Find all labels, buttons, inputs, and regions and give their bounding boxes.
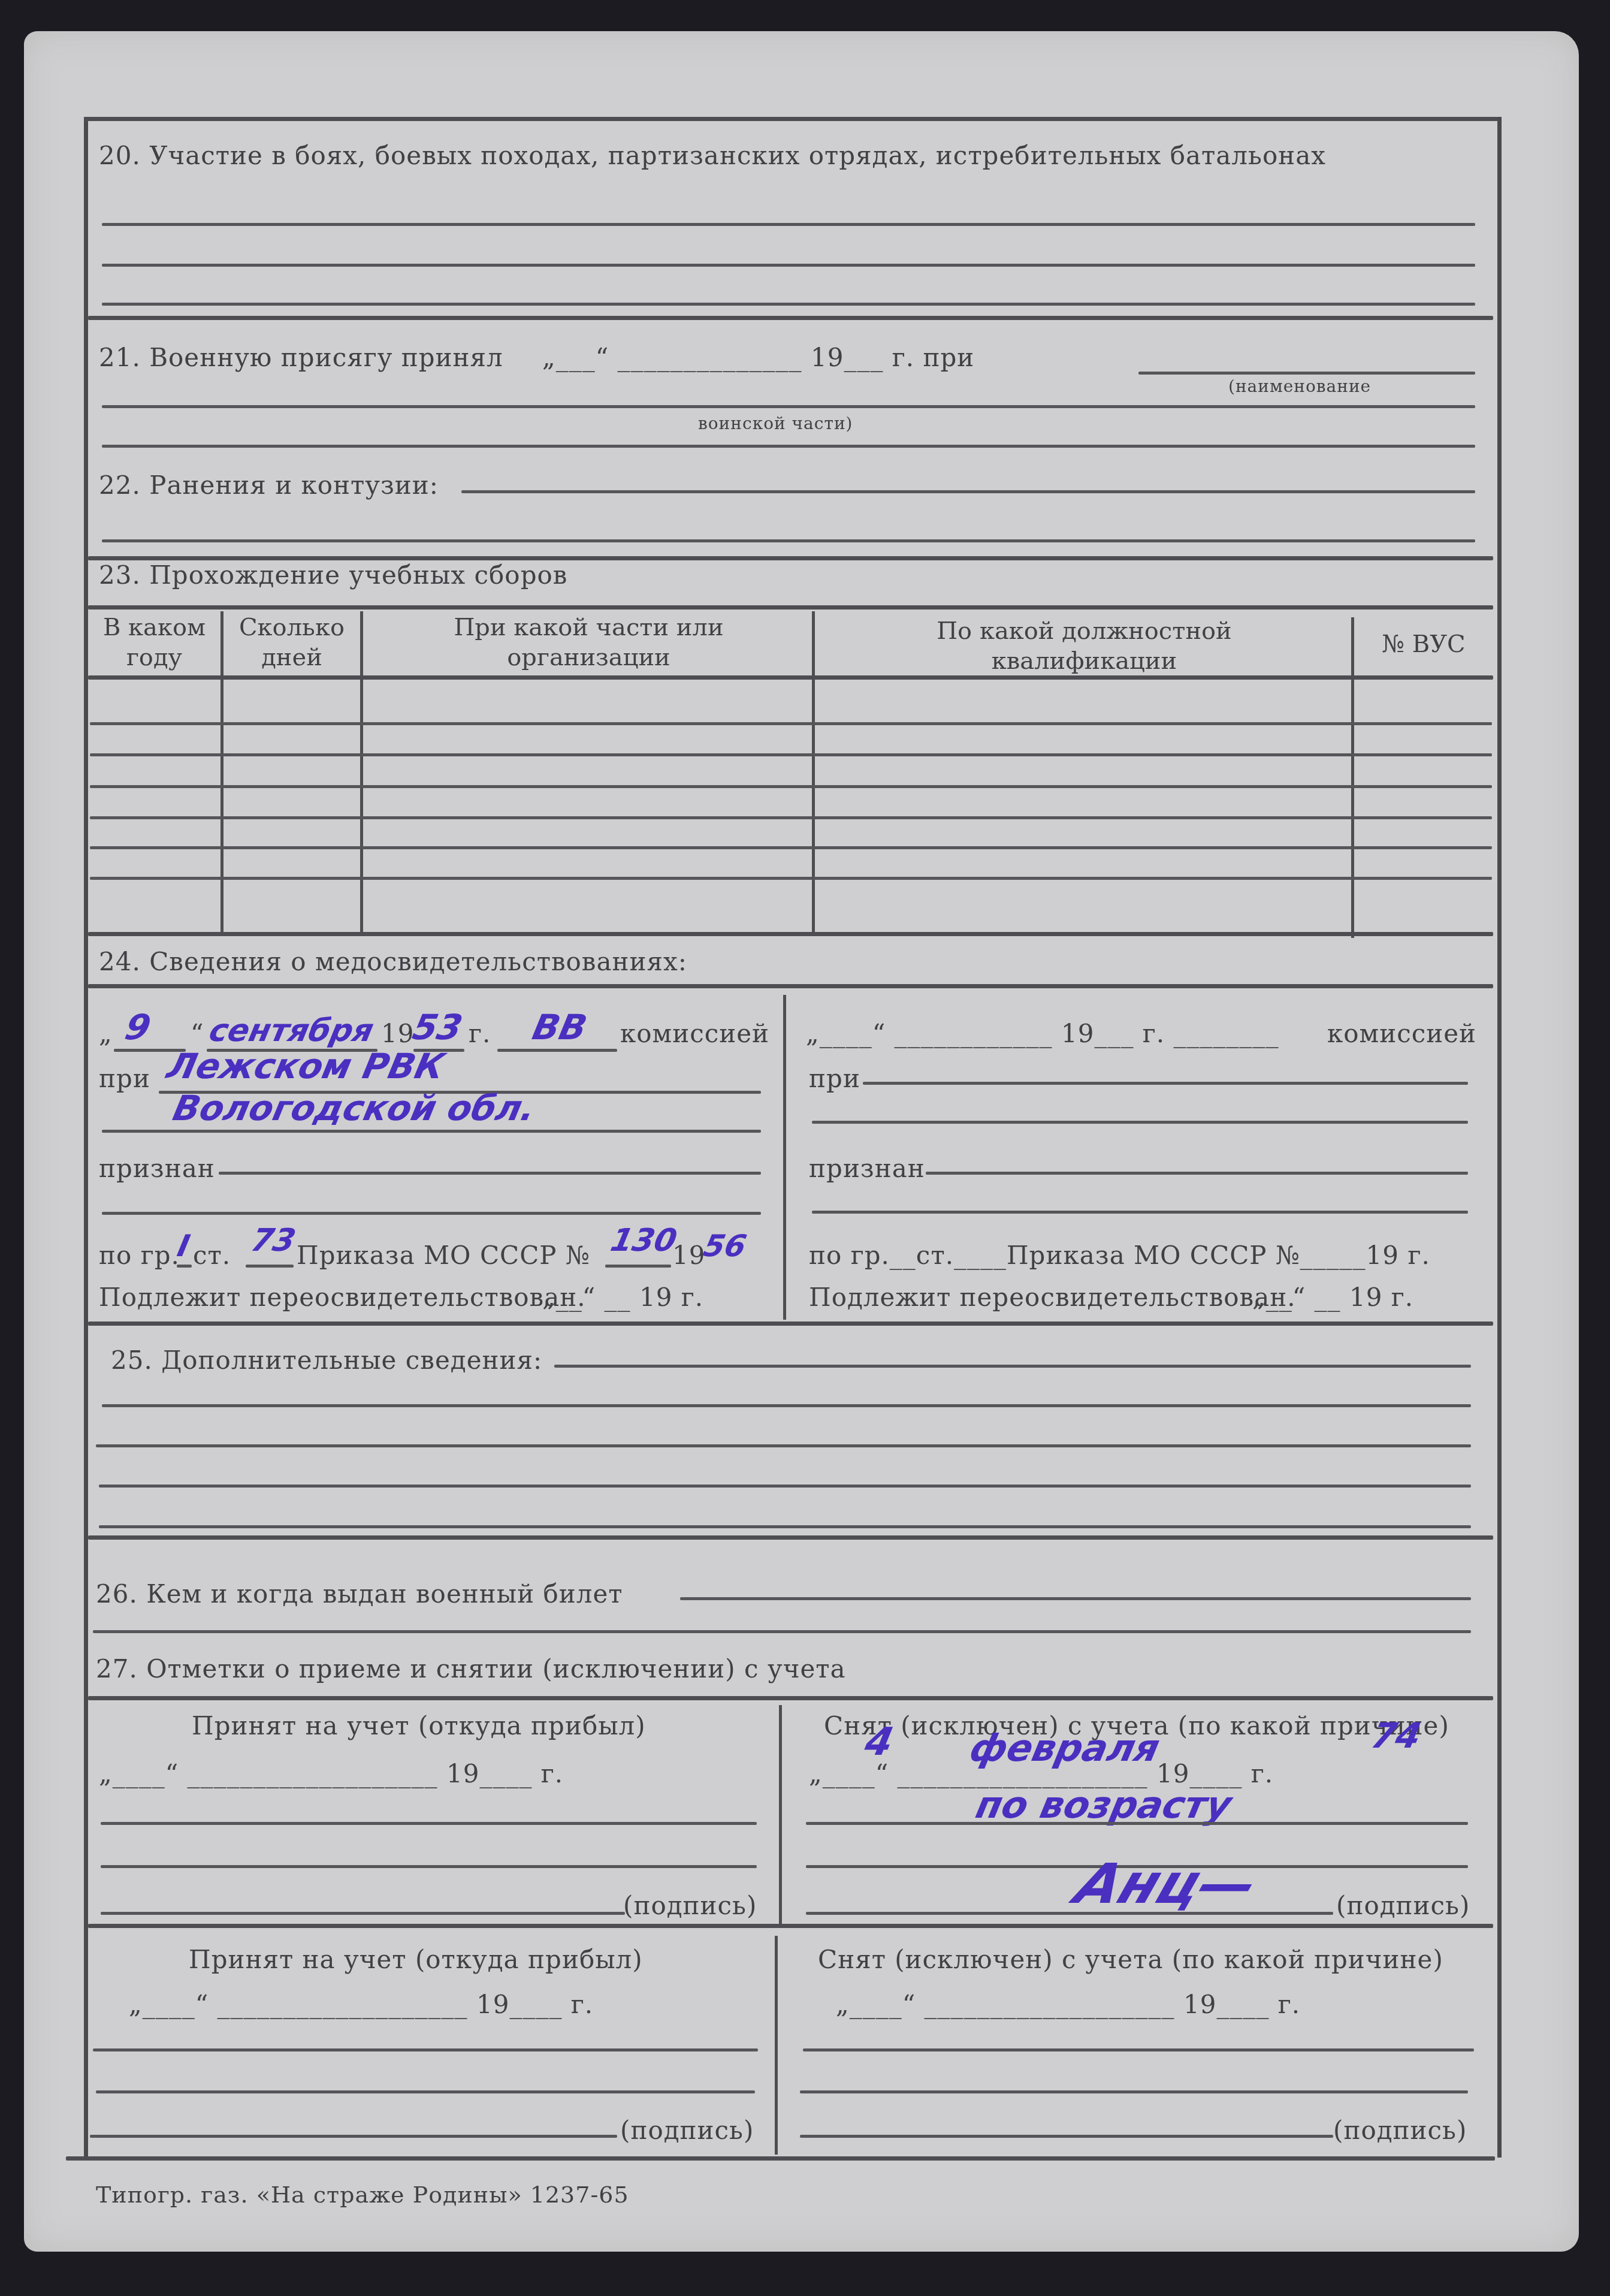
section-27-middle-border	[88, 1924, 1493, 1928]
exam2-priznan-field-line2[interactable]	[812, 1211, 1468, 1214]
wounds-field-line2[interactable]	[102, 539, 1475, 542]
exam2-commission-label: комиссией	[1327, 1019, 1476, 1048]
exam2-priznan-field[interactable]	[926, 1172, 1468, 1175]
exam2-pri-field-line2[interactable]	[812, 1121, 1468, 1124]
removed-1-signature-label: (подпись)	[1336, 1891, 1470, 1920]
exam-st-field[interactable]	[246, 1265, 294, 1268]
removed-2-title: Снят (исключен) с учета (по какой причин…	[818, 1945, 1443, 1974]
section-divider	[88, 316, 1493, 320]
removed-2-date-line: „____“ ___________________ 19____ г.	[836, 1990, 1300, 2019]
exam-order-label: Приказа МО СССР №	[297, 1241, 590, 1270]
removed-2-signature-label: (подпись)	[1333, 2116, 1467, 2145]
table-col-divider	[812, 611, 815, 935]
exam2-po-gr-line: по гр.__ст.____Приказа МО СССР №_____19 …	[809, 1241, 1430, 1270]
table-row[interactable]	[90, 722, 1492, 725]
section-20-line	[102, 264, 1475, 267]
exam-pri-value-2: Вологодской обл.	[170, 1088, 539, 1129]
table-header-border	[88, 675, 1493, 680]
additional-info-field-line4[interactable]	[99, 1485, 1471, 1488]
table-row[interactable]	[90, 753, 1492, 756]
section-divider	[88, 1535, 1493, 1540]
accepted-1-signature-label: (подпись)	[623, 1891, 757, 1920]
section-20-label: 20. Участие в боях, боевых походах, парт…	[99, 141, 1326, 170]
section-20-line	[102, 303, 1475, 306]
exam-pri-value-1: Лежском РВК	[164, 1046, 448, 1087]
exam-year-value: 53	[409, 1007, 466, 1048]
section-20-line	[102, 223, 1475, 226]
exam-pri-label: при	[99, 1064, 150, 1093]
table-col-divider	[1351, 617, 1354, 938]
additional-info-field-line5[interactable]	[99, 1525, 1471, 1528]
oath-unit-field[interactable]	[1138, 372, 1475, 375]
exam2-priznan-label: признан	[809, 1154, 925, 1183]
section-21-label: 21. Военную присягу принял	[99, 343, 503, 372]
exam2-date-line: „____“ ____________ 19___ г. ________	[806, 1019, 1279, 1048]
exam-st-value: 73	[248, 1223, 299, 1259]
removed-2-signature-field[interactable]	[800, 2135, 1333, 2138]
printer-imprint: Типогр. газ. «На страже Родины» 1237-65	[96, 2182, 629, 2208]
table-top-border	[88, 605, 1493, 610]
removed-1-signature-field[interactable]	[806, 1912, 1333, 1915]
table-row[interactable]	[90, 877, 1492, 880]
accepted-1-date-line: „____“ ___________________ 19____ г.	[99, 1759, 563, 1788]
exam-st-label: ст.	[193, 1241, 231, 1270]
exam2-recheck-label: Подлежит переосвидетельствован.	[809, 1283, 1296, 1312]
section-24-header-border	[88, 984, 1493, 988]
section-27-col-divider	[779, 1705, 782, 1924]
section-27-header-border	[88, 1696, 1493, 1700]
exam2-pri-field[interactable]	[863, 1082, 1468, 1085]
exam-priznan-field-line2[interactable]	[102, 1212, 761, 1215]
exam-gr-field[interactable]	[177, 1265, 192, 1268]
table-col-divider	[220, 611, 223, 935]
accepted-2-origin-field[interactable]	[93, 2048, 758, 2051]
accepted-2-signature-field[interactable]	[90, 2135, 617, 2138]
exam-commission-type-value: ВВ	[529, 1007, 591, 1048]
exam-commission-type-field[interactable]	[497, 1049, 617, 1052]
table-col-divider	[360, 611, 363, 935]
exam-recheck-date: „__“ __ 19 г.	[542, 1283, 703, 1312]
military-id-issued-field-line2[interactable]	[93, 1630, 1471, 1633]
table-header-vus: № ВУС	[1354, 629, 1493, 659]
exam-month-value: сентября	[206, 1013, 377, 1049]
exam-pri-field-line2[interactable]	[102, 1130, 761, 1133]
section-divider	[88, 556, 1493, 560]
table-header-qualification: По какой должностной квалификации	[816, 616, 1352, 676]
removed-1-signature: Анц—	[1067, 1852, 1267, 1916]
removed-2-reason-field[interactable]	[803, 2048, 1474, 2051]
table-header-unit: При какой части или организации	[363, 613, 815, 672]
section-23-label: 23. Прохождение учебных сборов	[99, 560, 567, 590]
frame-bottom-border	[66, 2156, 1495, 2161]
section-24-label: 24. Сведения о медосвидетельствованиях:	[99, 947, 687, 976]
accepted-2-origin-field-line2[interactable]	[96, 2090, 755, 2093]
accepted-1-title: Принят на учет (откуда прибыл)	[192, 1711, 646, 1740]
section-21-line	[102, 445, 1475, 448]
removed-1-reason-field[interactable]	[806, 1822, 1468, 1825]
exam-recheck-label: Подлежит переосвидетельствован.	[99, 1283, 586, 1312]
exam-priznan-field[interactable]	[219, 1172, 761, 1175]
accepted-1-signature-field[interactable]	[101, 1912, 625, 1915]
additional-info-field[interactable]	[554, 1365, 1471, 1368]
exam-order-number-value: 130	[608, 1223, 680, 1259]
exam2-recheck-date: „__“ __ 19 г.	[1252, 1283, 1413, 1312]
table-header-days: Сколько дней	[223, 613, 361, 672]
section-21-hint-1: (наименование	[1228, 376, 1371, 396]
accepted-2-signature-label: (подпись)	[620, 2116, 754, 2145]
wounds-field[interactable]	[461, 490, 1475, 493]
exam-priznan-label: признан	[99, 1154, 215, 1183]
accepted-2-title: Принят на учет (откуда прибыл)	[189, 1945, 643, 1974]
exam2-pri-label: при	[809, 1064, 860, 1093]
exam-order-year-prefix: 19	[672, 1241, 705, 1270]
removed-1-month-value: февраля	[966, 1726, 1164, 1770]
accepted-2-date-line: „____“ ___________________ 19____ г.	[129, 1990, 593, 2019]
section-26-label: 26. Кем и когда выдан военный билет	[96, 1579, 623, 1609]
military-id-issued-field[interactable]	[680, 1597, 1471, 1600]
section-22-label: 22. Ранения и контузии:	[99, 470, 439, 500]
removed-1-reason-value: по возрасту	[972, 1783, 1236, 1827]
exam-commission-label: комиссией	[620, 1019, 769, 1048]
accepted-1-origin-field[interactable]	[101, 1822, 757, 1825]
table-row[interactable]	[90, 816, 1492, 819]
section-24-col-divider	[783, 995, 786, 1320]
section-27-label: 27. Отметки о приеме и снятии (исключени…	[96, 1654, 846, 1683]
table-header-year: В каком году	[87, 613, 222, 672]
table-row[interactable]	[90, 846, 1492, 849]
exam-order-year-value: 56	[700, 1229, 750, 1263]
table-row[interactable]	[90, 785, 1492, 788]
section-divider	[88, 932, 1493, 936]
oath-unit-field-line2[interactable]	[102, 405, 1475, 408]
exam-order-number-field[interactable]	[605, 1265, 671, 1268]
accepted-1-origin-field-line2[interactable]	[101, 1865, 757, 1868]
section-27-col-divider	[775, 1936, 778, 2155]
section-25-label: 25. Дополнительные сведения:	[111, 1345, 542, 1375]
section-divider	[88, 1322, 1493, 1326]
section-21-hint-2: воинской части)	[698, 414, 853, 433]
removed-2-reason-field-line2[interactable]	[800, 2090, 1468, 2093]
removed-1-year-value: 74	[1368, 1715, 1425, 1756]
exam-po-gr-label: по гр.	[99, 1241, 180, 1270]
additional-info-field-line3[interactable]	[96, 1444, 1471, 1447]
exam-g: г.	[469, 1019, 491, 1048]
additional-info-field-line2[interactable]	[102, 1404, 1471, 1407]
frame-top-border	[84, 117, 1498, 121]
section-21-date-template: „___“ ______________ 19___ г. при	[542, 343, 974, 372]
